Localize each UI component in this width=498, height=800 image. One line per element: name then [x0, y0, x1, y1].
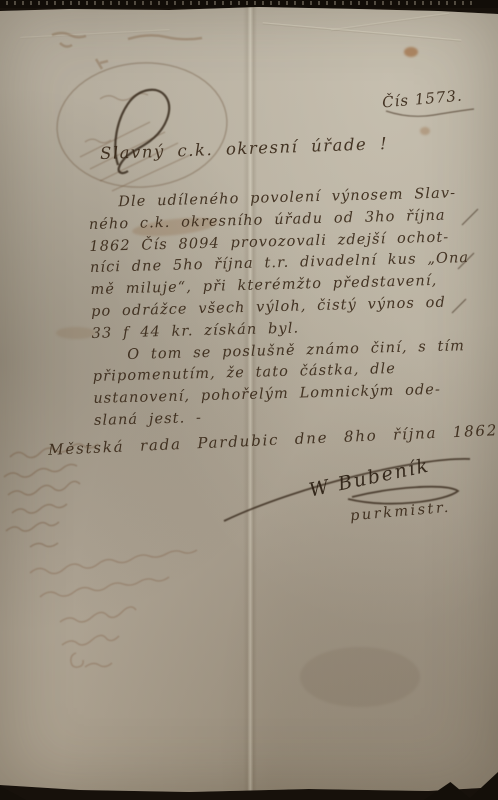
- reference-underline-flourish: [386, 109, 474, 116]
- showthrough-left-column: [4, 444, 98, 547]
- rust-stain: [404, 47, 418, 57]
- top-smudge-marks: [52, 33, 202, 69]
- signature: W Bubeník: [307, 454, 432, 501]
- background-document-edge: [0, 0, 498, 8]
- rust-stain: [420, 127, 430, 135]
- paper-crease: [330, 13, 449, 32]
- reference-number: Čís 1573.: [381, 87, 463, 112]
- letter-paper: Čís 1573. Slavný c.k. okresní úřade ! Dl…: [0, 7, 498, 792]
- signature-title: purkmistr.: [349, 500, 451, 525]
- oval-stamp: [53, 57, 231, 193]
- table-notch: [0, 786, 26, 800]
- photo-scene: Čís 1573. Slavný c.k. okresní úřade ! Dl…: [0, 0, 498, 800]
- paper-crease: [20, 29, 170, 39]
- printed-text-fragment: [6, 1, 476, 5]
- faint-stain: [300, 647, 420, 707]
- faint-stain: [56, 327, 96, 339]
- letter-body: Dle udíleného povolení výnosem Slav- néh…: [88, 182, 498, 432]
- showthrough-lower-block: [30, 550, 197, 667]
